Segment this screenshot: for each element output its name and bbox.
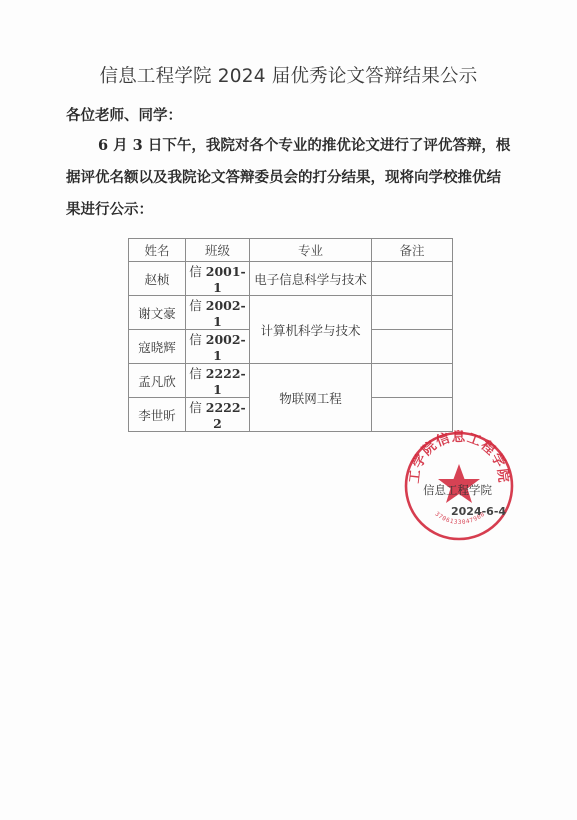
class-number: 2222-1 (206, 366, 246, 397)
results-table: 姓名 班级 专业 备注 赵桢 信 2001-1 电子信息科学与技术 谢文豪 信 … (128, 238, 453, 432)
cell-major: 计算机科学与技术 (250, 296, 372, 364)
cell-name: 赵桢 (129, 262, 186, 296)
cell-note (372, 296, 453, 330)
table-header-row: 姓名 班级 专业 备注 (129, 239, 453, 262)
body-line-2: 据评优名额以及我院论文答辩委员会的打分结果，现将向学校推优结 (66, 162, 516, 194)
cell-name: 李世昕 (129, 398, 186, 432)
cell-major: 物联网工程 (250, 364, 372, 432)
cell-class: 信 2002-1 (186, 296, 250, 330)
cell-note (372, 364, 453, 398)
class-number: 2222-2 (206, 400, 246, 431)
class-prefix: 信 (189, 298, 202, 313)
cell-class: 信 2001-1 (186, 262, 250, 296)
header-major: 专业 (250, 239, 372, 262)
cell-class: 信 2002-1 (186, 330, 250, 364)
cell-note (372, 398, 453, 432)
class-number: 2002-1 (206, 298, 246, 329)
cell-class: 信 2222-2 (186, 398, 250, 432)
class-prefix: 信 (189, 400, 202, 415)
cell-class: 信 2222-1 (186, 364, 250, 398)
cell-name: 寇晓辉 (129, 330, 186, 364)
cell-name: 孟凡欣 (129, 364, 186, 398)
header-class: 班级 (186, 239, 250, 262)
body-line-1: 6 月 3 日下午，我院对各个专业的推优论文进行了评优答辩，根 (66, 130, 516, 162)
document-page: 信息工程学院 2024 届优秀论文答辩结果公示 各位老师、同学： 6 月 3 日… (0, 0, 577, 820)
signing-date: 2024-6-4 (451, 505, 506, 518)
document-title: 信息工程学院 2024 届优秀论文答辩结果公示 (0, 62, 577, 88)
class-prefix: 信 (189, 332, 202, 347)
body-paragraph: 6 月 3 日下午，我院对各个专业的推优论文进行了评优答辩，根 据评优名额以及我… (66, 130, 516, 226)
cell-note (372, 330, 453, 364)
table-row: 孟凡欣 信 2222-1 物联网工程 (129, 364, 453, 398)
cell-major: 电子信息科学与技术 (250, 262, 372, 296)
signing-unit: 信息工程学院 (423, 482, 492, 498)
table-row: 谢文豪 信 2002-1 计算机科学与技术 (129, 296, 453, 330)
class-number: 2001-1 (206, 264, 246, 295)
cell-note (372, 262, 453, 296)
header-name: 姓名 (129, 239, 186, 262)
class-prefix: 信 (189, 264, 202, 279)
body-line-3: 果进行公示： (66, 194, 516, 226)
cell-name: 谢文豪 (129, 296, 186, 330)
class-number: 2002-1 (206, 332, 246, 363)
table-row: 赵桢 信 2001-1 电子信息科学与技术 (129, 262, 453, 296)
class-prefix: 信 (189, 366, 202, 381)
header-note: 备注 (372, 239, 453, 262)
salutation: 各位老师、同学： (66, 104, 182, 125)
